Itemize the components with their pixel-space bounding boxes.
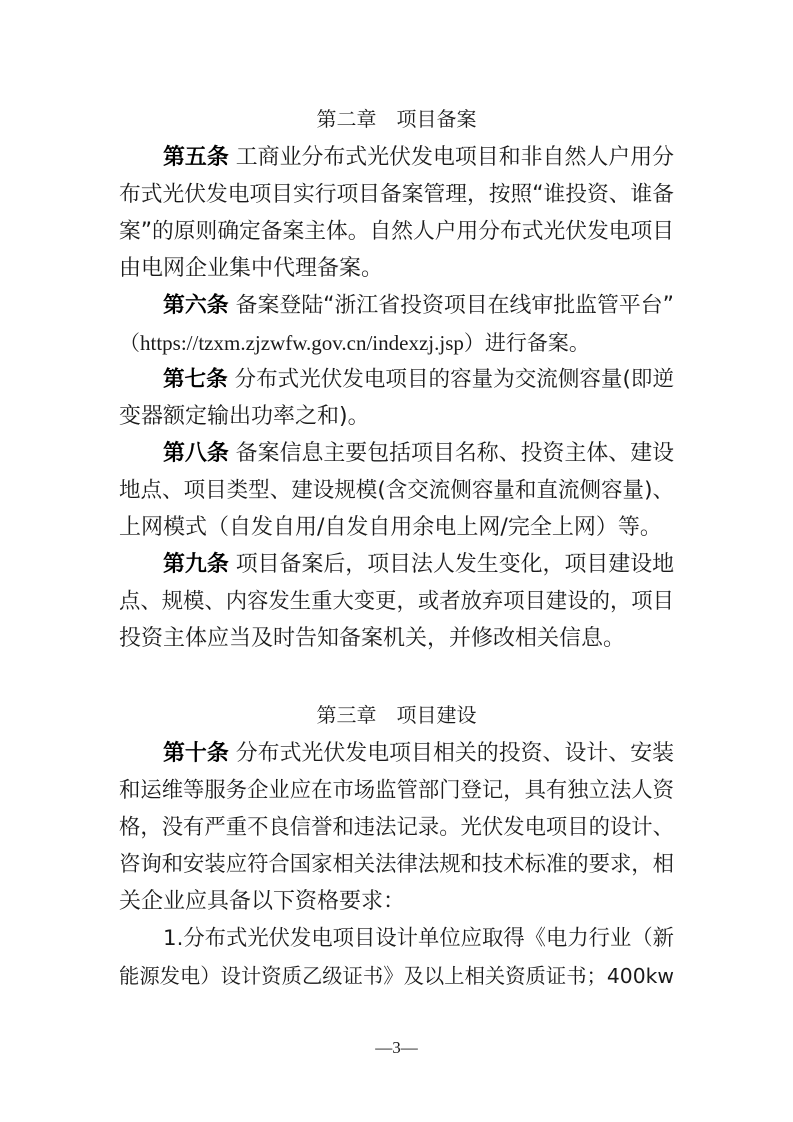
article-line: 第八条 备案信息主要包括项目名称、投资主体、建设 (163, 439, 674, 469)
article-label: 第十条 (163, 741, 229, 766)
chapter-title: 第三章 项目建设 (0, 700, 793, 730)
article-line: 第七条 分布式光伏发电项目的容量为交流侧容量(即逆 (163, 365, 674, 395)
article-line: 投资主体应当及时告知备案机关，并修改相关信息。 (119, 624, 674, 654)
article-label: 第五条 (163, 145, 229, 170)
page-number: —3— (0, 1038, 793, 1058)
article-label: 第七条 (163, 367, 228, 392)
document-page: 第二章 项目备案 第五条 工商业分布式光伏发电项目和非自然人户用分 布式光伏发电… (0, 0, 793, 1122)
article-line: 格，没有严重不良信誉和违法记录。光伏发电项目的设计、 (119, 813, 674, 843)
article-line: 第五条 工商业分布式光伏发电项目和非自然人户用分 (163, 143, 674, 173)
article-line: 和运维等服务企业应在市场监管部门登记，具有独立法人资 (119, 776, 674, 806)
article-text: 分布式光伏发电项目的容量为交流侧容量(即逆 (235, 367, 674, 392)
article-line: 关企业应具备以下资格要求： (119, 887, 674, 917)
article-line: （https://tzxm.zjzwfw.gov.cn/indexzj.jsp）… (119, 328, 674, 359)
article-text: 项目备案后，项目法人发生变化，项目建设地 (236, 552, 674, 577)
article-text: 分布式光伏发电项目相关的投资、设计、安装 (236, 741, 674, 766)
list-item-line: 1.分布式光伏发电项目设计单位应取得《电力行业（新 (163, 924, 674, 954)
article-line: 第十条 分布式光伏发电项目相关的投资、设计、安装 (163, 739, 674, 769)
article-line: 布式光伏发电项目实行项目备案管理，按照“谁投资、谁备 (119, 180, 674, 210)
article-label: 第八条 (163, 441, 229, 466)
chapter-title: 第二章 项目备案 (0, 104, 793, 134)
article-line: 咨询和安装应符合国家相关法律法规和技术标准的要求，相 (119, 850, 674, 880)
article-line: 上网模式（自发自用/自发自用余电上网/完全上网）等。 (119, 513, 674, 543)
article-label: 第六条 (163, 293, 229, 318)
url-text: （https://tzxm.zjzwfw.gov.cn/indexzj.jsp）… (119, 331, 590, 355)
article-text: 备案登陆“浙江省投资项目在线审批监管平台” (236, 293, 674, 318)
article-line: 由电网企业集中代理备案。 (119, 254, 674, 284)
article-line: 第九条 项目备案后，项目法人发生变化，项目建设地 (163, 550, 674, 580)
article-line: 案”的原则确定备案主体。自然人户用分布式光伏发电项目 (119, 217, 674, 247)
article-line: 地点、项目类型、建设规模(含交流侧容量和直流侧容量)、 (119, 476, 674, 506)
article-line: 点、规模、内容发生重大变更，或者放弃项目建设的，项目 (119, 587, 674, 617)
article-line: 第六条 备案登陆“浙江省投资项目在线审批监管平台” (163, 291, 674, 321)
article-label: 第九条 (163, 552, 229, 577)
article-text: 工商业分布式光伏发电项目和非自然人户用分 (236, 145, 674, 170)
article-line: 变器额定输出功率之和)。 (119, 402, 674, 432)
list-item-line: 能源发电）设计资质乙级证书》及以上相关资质证书；400kw (119, 961, 674, 991)
article-text: 备案信息主要包括项目名称、投资主体、建设 (236, 441, 674, 466)
